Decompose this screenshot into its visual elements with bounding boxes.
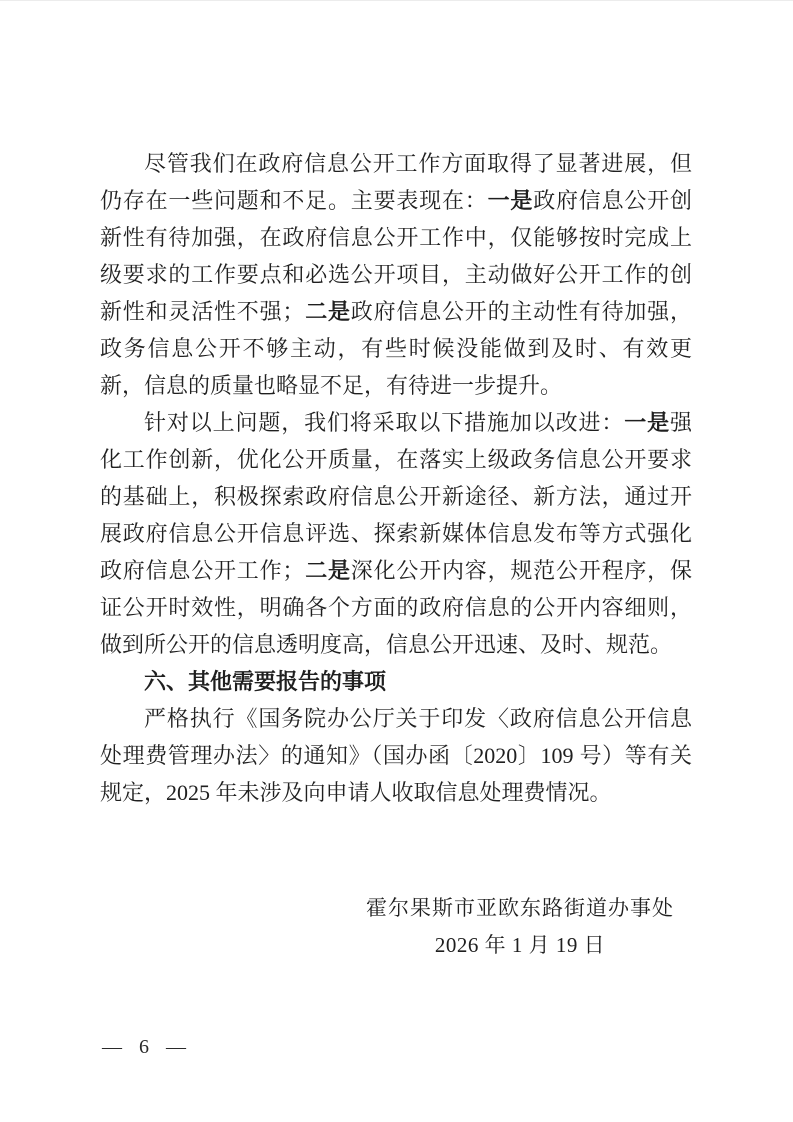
paragraph-measures: 针对以上问题，我们将采取以下措施加以改进：一是强化工作创新，优化公开质量，在落实…: [100, 404, 692, 663]
page-number: — 6 —: [102, 1036, 192, 1059]
signature-date: 2026 年 1 月 19 日: [320, 927, 720, 964]
document-page: 尽管我们在政府信息公开工作方面取得了显著进展，但仍存在一些问题和不足。主要表现在…: [0, 0, 793, 1122]
text-run: 针对以上问题，我们将采取以下措施加以改进：: [144, 410, 624, 435]
text-run-emphasis-first: 一是: [488, 188, 534, 213]
paragraph-fees: 严格执行《国务院办公厅关于印发〈政府信息公开信息处理费管理办法〉的通知》（国办函…: [100, 700, 692, 811]
signature-organization: 霍尔果斯市亚欧东路街道办事处: [320, 890, 720, 927]
text-run-emphasis-first: 一是: [624, 410, 670, 435]
document-body: 尽管我们在政府信息公开工作方面取得了显著进展，但仍存在一些问题和不足。主要表现在…: [100, 145, 692, 811]
text-run-emphasis-second: 二是: [304, 299, 350, 324]
text-run-emphasis-second: 二是: [304, 558, 350, 583]
signature-block: 霍尔果斯市亚欧东路街道办事处 2026 年 1 月 19 日: [320, 890, 720, 964]
section-heading-other-matters: 六、其他需要报告的事项: [100, 663, 692, 700]
paragraph-problems: 尽管我们在政府信息公开工作方面取得了显著进展，但仍存在一些问题和不足。主要表现在…: [100, 145, 692, 404]
